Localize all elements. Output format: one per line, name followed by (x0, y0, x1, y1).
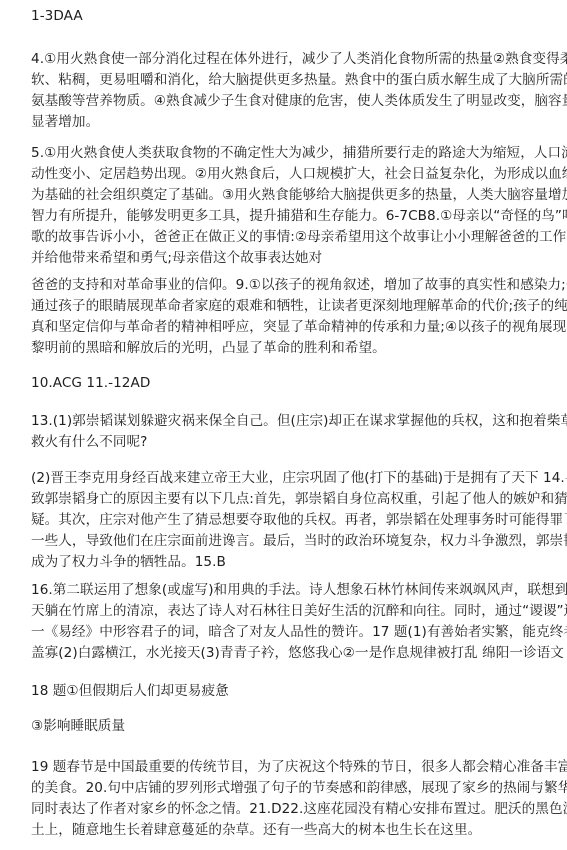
paragraph-answer-8-9-cont: 爸爸的支持和对革命事业的信仰。9.①以孩子的视角叙述，增加了故事的真实性和感染力… (31, 275, 541, 359)
text-line: 的美食。20.句中店铺的罗列形式增强了句子的节奏感和韵律感，展现了家乡的热闹与繁… (31, 778, 541, 799)
paragraph-answer-16-17: 16.第二联运用了想象(或虚写)和用典的手法。诗人想象石林竹林间传来飒飒风声，联… (31, 580, 541, 664)
text-line: 5.①用火熟食使人类获取食物的不确定性大为减少，捕猎所要行走的路途大为缩短，人口… (31, 143, 541, 164)
text-line: 成为了权力斗争的牺牲品。15.B (31, 552, 541, 573)
paragraph-answer-13-1: 13.(1)郭崇韬谋划躲避灾祸来保全自己。但(庄宗)却正在谋求掌握他的兵权，这和… (31, 411, 541, 453)
paragraph-answer-18-1: 18 题①但假期后人们却更易疲惫 (31, 681, 541, 702)
paragraph-answers-10-12: 10.ACG 11.-12AD (31, 373, 541, 394)
text-line: ③影响睡眠质量 (31, 716, 541, 737)
text-line: 土上，随意地生长着肆意蔓延的杂草。还有一些高大的树本也生长在这里。 (31, 820, 541, 841)
paragraph-answer-19-22: 19 题春节是中国最重要的传统节目，为了庆祝这个特殊的节日，很多人都会精心准备丰… (31, 757, 541, 841)
text-line: 4.①用火熟食使一部分消化过程在体外进行，减少了人类消化食物所需的热量②熟食变得… (31, 49, 541, 70)
paragraph-answer-4: 4.①用火熟食使一部分消化过程在体外进行，减少了人类消化食物所需的热量②熟食变得… (31, 49, 541, 133)
text-line: (2)晋王李克用身经百战来建立帝王大业，庄宗巩固了他(打下的基础)于是拥有了天下… (31, 468, 541, 489)
text-line: 氨基酸等营养物质。④熟食减少子生食对健康的危害，使人类体质发生了明显改变，脑容量 (31, 91, 541, 112)
text-line: 19 题春节是中国最重要的传统节目，为了庆祝这个特殊的节日，很多人都会精心准备丰… (31, 757, 541, 778)
text-line: 真和坚定信仰与革命者的精神相呼应，突显了革命精神的传承和力量;④以孩子的视角展现 (31, 317, 541, 338)
text-line: 同时表达了作者对家乡的怀念之情。21.D22.这座花园没有精心安排布置过。肥沃的… (31, 799, 541, 820)
text-line: 通过孩子的眼睛展现革命者家庭的艰难和牺牲，让读者更深刻地理解革命的代价;孩子的纯 (31, 296, 541, 317)
paragraph-answers-1-3: 1-3DAA (31, 6, 541, 27)
text-line: 软、粘稠，更易咀嚼和消化，给大脑提供更多热量。熟食中的蛋白质水解生成了大脑所需的 (31, 70, 541, 91)
text-line: 16.第二联运用了想象(或虚写)和用典的手法。诗人想象石林竹林间传来飒飒风声，联… (31, 580, 541, 601)
text-line: 为基础的社会组织奠定了基础。③用火熟食能够给大脑提供更多的热量，人类大脑容量增加… (31, 185, 541, 206)
text-line: 10.ACG 11.-12AD (31, 373, 541, 394)
text-line: 显著增加。 (31, 112, 541, 133)
text-line: 爸爸的支持和对革命事业的信仰。9.①以孩子的视角叙述，增加了故事的真实性和感染力… (31, 275, 541, 296)
text-line: 盖寡(2)白露横江，水光接天(3)青青子衿，悠悠我心②一是作息规律被打乱 绵阳一… (31, 643, 541, 664)
text-line: 一《易经》中形容君子的词，暗含了对友人品性的赞许。17 题(1)有善始者实繁，能… (31, 622, 541, 643)
paragraph-answer-5-8: 5.①用火熟食使人类获取食物的不确定性大为减少，捕猎所要行走的路途大为缩短，人口… (31, 143, 541, 269)
text-line: 致郭崇韬身亡的原因主要有以下几点:首先，郭崇韬自身位高权重，引起了他人的嫉妒和猜 (31, 489, 541, 510)
text-line: 一些人，导致他们在庄宗面前进谗言。最后，当时的政治环境复杂，权力斗争激烈，郭崇韬 (31, 531, 541, 552)
answer-document-page: 1-3DAA 4.①用火熟食使一部分消化过程在体外进行，减少了人类消化食物所需的… (0, 0, 567, 850)
paragraph-answer-18-3: ③影响睡眠质量 (31, 716, 541, 737)
text-line: 天躺在竹席上的清凉，表达了诗人对石林往日美好生活的沉醉和向往。同时，通过“谡谡”… (31, 601, 541, 622)
paragraph-answer-13-2-15: (2)晋王李克用身经百战来建立帝王大业，庄宗巩固了他(打下的基础)于是拥有了天下… (31, 468, 541, 573)
text-line: 动性变小、定居趋势出现。②用火熟食后，人口规模扩大，社会日益复杂化，为形成以血缘 (31, 164, 541, 185)
text-line: 智力有所提升，能够发明更多工具，提升捕猎和生存能力。6-7CB8.①母亲以“奇怪… (31, 206, 541, 227)
text-line: 13.(1)郭崇韬谋划躲避灾祸来保全自己。但(庄宗)却正在谋求掌握他的兵权，这和… (31, 411, 541, 432)
text-line: 疑。其次，庄宗对他产生了猜忌想要夺取他的兵权。再者，郭崇韬在处理事务时可能得罪了 (31, 510, 541, 531)
text-line: 18 题①但假期后人们却更易疲惫 (31, 681, 541, 702)
text-line: 黎明前的黑暗和解放后的光明，凸显了革命的胜利和希望。 (31, 338, 541, 359)
text-line: 歌的故事告诉小小，爸爸正在做正义的事情:②母亲希望用这个故事让小小理解爸爸的工作… (31, 227, 541, 248)
text-line: 救火有什么不同呢? (31, 432, 541, 453)
text-line: 1-3DAA (31, 6, 541, 27)
text-line: 并给他带来希望和勇气;母亲借这个故事表达她对 (31, 248, 541, 269)
